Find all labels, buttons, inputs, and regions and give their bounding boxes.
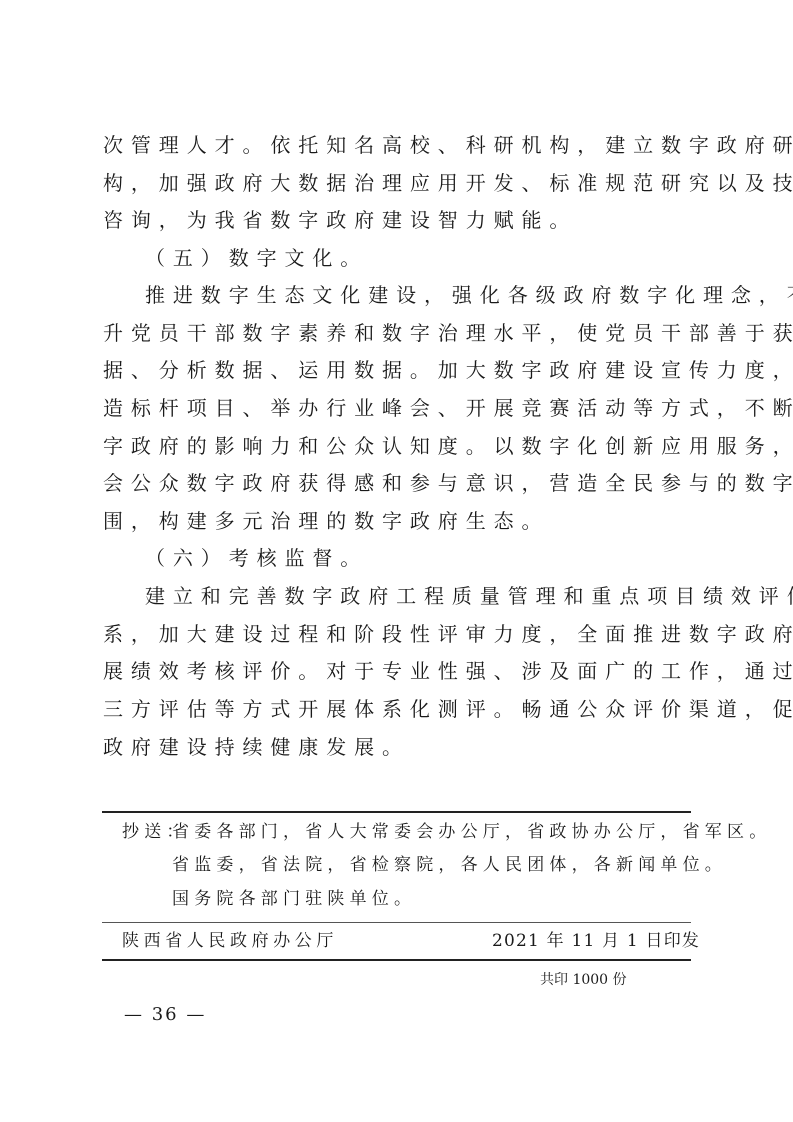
- body-line: 系，加大建设过程和阶段性评审力度，全面推进数字政府整体发: [103, 620, 693, 648]
- cc-line: 省委各部门，省人大常委会办公厅，省政协办公厅，省军区。: [172, 820, 771, 844]
- page-number: — 36 —: [124, 1003, 206, 1027]
- body-line: 建立和完善数字政府工程质量管理和重点项目绩效评估体: [103, 582, 693, 610]
- body-line: 构，加强政府大数据治理应用开发、标准规范研究以及技术服务: [103, 169, 693, 197]
- cc-line: 省监委，省法院，省检察院，各人民团体，各新闻单位。: [172, 853, 727, 877]
- body-line: 政府建设持续健康发展。: [103, 733, 693, 761]
- body-line: 围，构建多元治理的数字政府生态。: [103, 507, 693, 535]
- issue-date: 2021 年 11 月 1 日印发: [492, 929, 700, 953]
- body-line: 三方评估等方式开展体系化测评。畅通公众评价渠道，促进数字: [103, 695, 693, 723]
- body-line: 据、分析数据、运用数据。加大数字政府建设宣传力度，通过打: [103, 356, 693, 384]
- body-line: 咨询，为我省数字政府建设智力赋能。: [103, 206, 693, 234]
- footer-bottom-rule: [102, 959, 691, 961]
- body-line: 次管理人才。依托知名高校、科研机构，建立数字政府研究机: [103, 131, 693, 159]
- section-heading-digital-culture: （五）数字文化。: [103, 244, 693, 272]
- body-line: 会公众数字政府获得感和参与意识，营造全民参与的数字文化氛: [103, 469, 693, 497]
- footer-middle-rule: [102, 922, 691, 923]
- footer-top-rule: [102, 811, 691, 813]
- issuer: 陕西省人民政府办公厅: [122, 929, 338, 953]
- copies-count: 共印 1000 份: [540, 970, 627, 990]
- section-heading-assessment: （六）考核监督。: [103, 544, 693, 572]
- body-line: 造标杆项目、举办行业峰会、开展竞赛活动等方式，不断提升数: [103, 394, 693, 422]
- body-line: 推进数字生态文化建设，强化各级政府数字化理念，不断提: [103, 281, 693, 309]
- body-line: 展绩效考核评价。对于专业性强、涉及面广的工作，通过权威第: [103, 657, 693, 685]
- body-line: 升党员干部数字素养和数字治理水平，使党员干部善于获取数: [103, 319, 693, 347]
- cc-line: 国务院各部门驻陕单位。: [172, 887, 416, 911]
- body-line: 字政府的影响力和公众认知度。以数字化创新应用服务，提升社: [103, 432, 693, 460]
